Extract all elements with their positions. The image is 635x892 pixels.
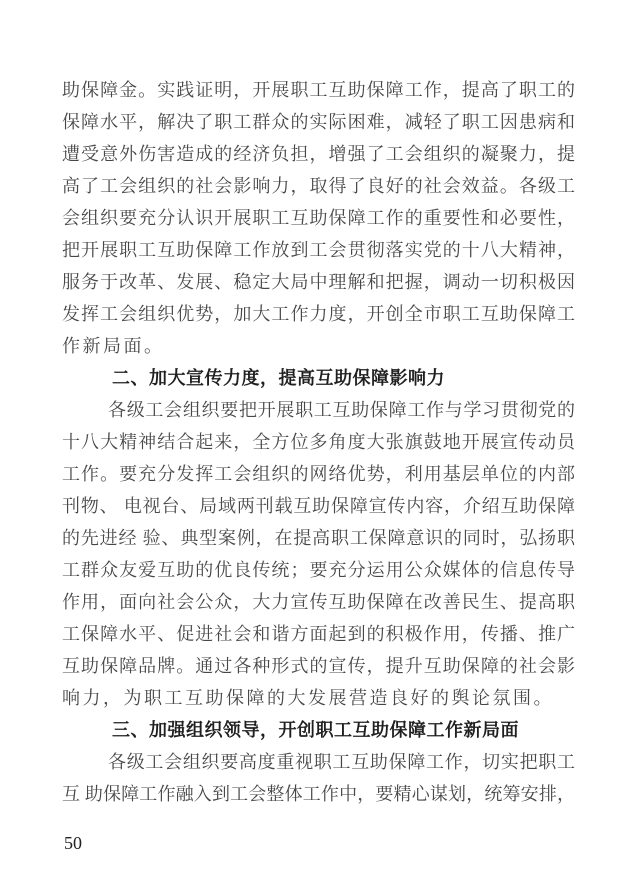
text-line: 工作。要充分发挥工会组织的网络优势，利用基层单位的内部 — [62, 458, 575, 490]
text-line: 各级工会组织要高度重视职工互助保障工作，切实把职工 — [62, 746, 575, 778]
text-line: 作用，面向社会公众，大力宣传互助保障在改善民生、提高职 — [62, 586, 575, 618]
page-number: 50 — [64, 832, 82, 854]
document-body: 助保障金。实践证明，开展职工互助保障工作，提高了职工的保障水平，解决了职工群众的… — [62, 74, 575, 810]
text-line: 服务于改革、发展、稳定大局中理解和把握，调动一切积极因素， — [62, 266, 575, 298]
text-line: 发挥工会组织优势，加大工作力度，开创全市职工互助保障工 — [62, 298, 575, 330]
text-line: 刊物、 电视台、局域两刊载互助保障宣传内容，介绍互助保障 — [62, 490, 575, 522]
text-line: 高了工会组织的社会影响力，取得了良好的社会效益。各级工 — [62, 170, 575, 202]
section-heading: 二、加大宣传力度，提高互助保障影响力 — [62, 362, 575, 394]
text-line: 响力，为职工互助保障的大发展营造良好的舆论氛围。 — [62, 682, 575, 714]
text-line: 会组织要充分认识开展职工互助保障工作的重要性和必要性， — [62, 202, 575, 234]
section-heading: 三、加强组织领导，开创职工互助保障工作新局面 — [62, 714, 575, 746]
text-line: 把开展职工互助保障工作放到工会贯彻落实党的十八大精神， — [62, 234, 575, 266]
text-line: 保障水平，解决了职工群众的实际困难，减轻了职工因患病和 — [62, 106, 575, 138]
text-line: 互助保障品牌。通过各种形式的宣传，提升互助保障的社会影 — [62, 650, 575, 682]
text-line: 助保障金。实践证明，开展职工互助保障工作，提高了职工的 — [62, 74, 575, 106]
text-line: 十八大精神结合起来，全方位多角度大张旗鼓地开展宣传动员 — [62, 426, 575, 458]
text-line: 遭受意外伤害造成的经济负担，增强了工会组织的凝聚力，提 — [62, 138, 575, 170]
document-page: 助保障金。实践证明，开展职工互助保障工作，提高了职工的保障水平，解决了职工群众的… — [0, 0, 635, 892]
text-line: 各级工会组织要把开展职工互助保障工作与学习贯彻党的 — [62, 394, 575, 426]
text-line: 作新局面。 — [62, 330, 575, 362]
text-line: 互 助保障工作融入到工会整体工作中，要精心谋划，统筹安排， — [62, 778, 575, 810]
text-line: 的先进经 验、典型案例，在提高职工保障意识的同时，弘扬职 — [62, 522, 575, 554]
text-line: 工保障水平、促进社会和谐方面起到的积极作用，传播、推广 — [62, 618, 575, 650]
text-line: 工群众友爱互助的优良传统；要充分运用公众媒体的信息传导 — [62, 554, 575, 586]
